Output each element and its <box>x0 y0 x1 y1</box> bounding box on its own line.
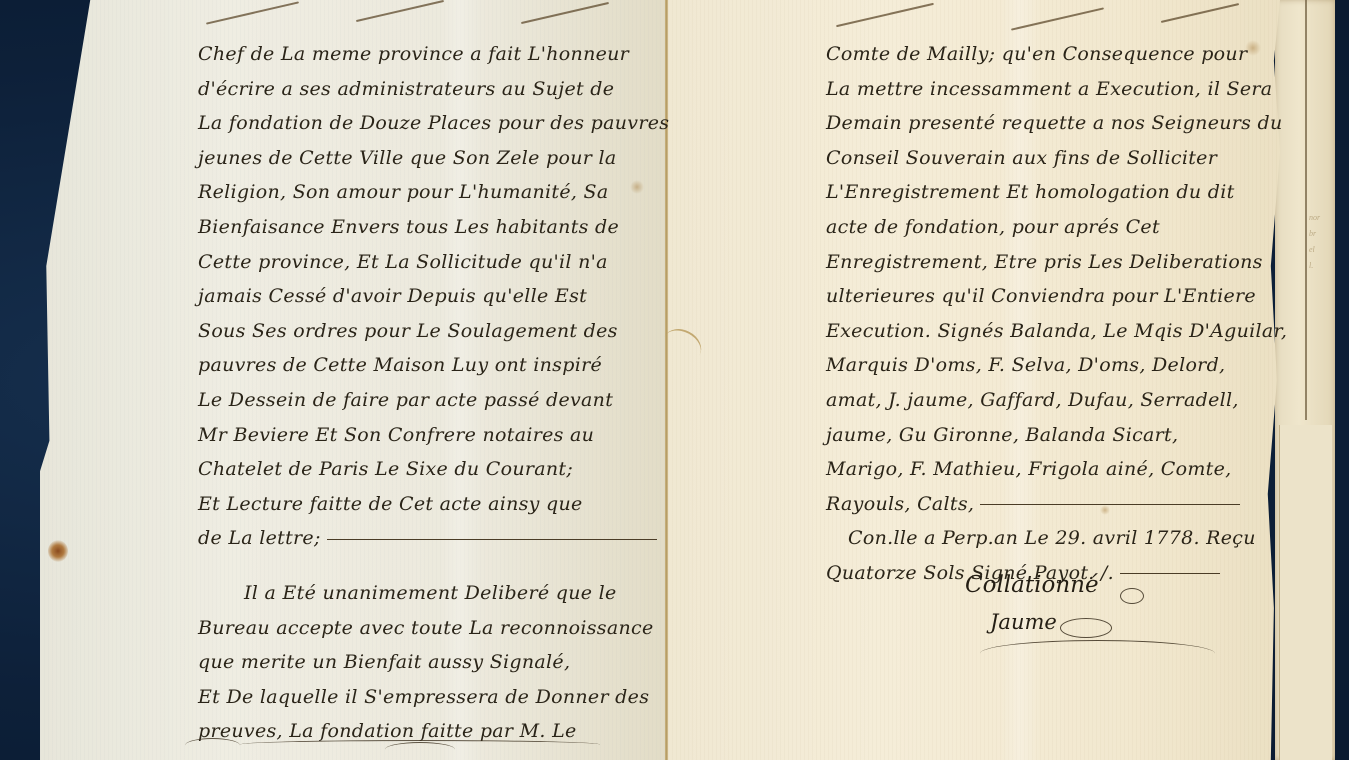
manuscript-line: Sous Ses ordres pour Le Soulagement des <box>198 314 658 349</box>
manuscript-line: Chef de La meme province a fait L'honneu… <box>198 37 658 72</box>
bottom-swash <box>385 742 455 757</box>
manuscript-line: Bienfaisance Envers tous Les habitants d… <box>198 210 658 245</box>
manuscript-line: acte de fondation, pour aprés Cet <box>826 210 1266 245</box>
manuscript-line: jamais Cessé d'avoir Depuis qu'elle Est <box>198 279 658 314</box>
manuscript-line: Chatelet de Paris Le Sixe du Courant; <box>198 452 658 487</box>
manuscript-line: Execution. Signés Balanda, Le Mqis D'Agu… <box>826 314 1266 349</box>
signature-underline-swash <box>980 640 1215 667</box>
manuscript-line: Rayouls, Calts, <box>826 493 974 515</box>
manuscript-line: Il a Eté unanimement Deliberé que le <box>198 576 658 611</box>
manuscript-line: La mettre incessamment a Execution, il S… <box>826 72 1266 107</box>
manuscript-line: Demain presenté requette a nos Seigneurs… <box>826 106 1266 141</box>
bottom-swash <box>185 738 240 753</box>
manuscript-line: ulterieures qu'il Conviendra pour L'Enti… <box>826 279 1266 314</box>
line-filler-rule <box>1120 573 1220 574</box>
signature-paraph <box>1060 618 1112 638</box>
manuscript-line: Marquis D'oms, F. Selva, D'oms, Delord, <box>826 348 1266 383</box>
ink-stain <box>48 540 68 562</box>
manuscript-line: d'écrire a ses administrateurs au Sujet … <box>198 72 658 107</box>
manuscript-line: Mr Beviere Et Son Confrere notaires au <box>198 418 658 453</box>
line-filler-rule <box>327 539 657 540</box>
under-sheet-crease <box>1305 0 1307 420</box>
signature-flourish <box>1120 588 1144 604</box>
underlying-sheet: nor br el l. <box>1275 0 1335 760</box>
manuscript-line: Con.lle a Perp.an Le 29. avril 1778. Reç… <box>826 521 1266 556</box>
manuscript-line: Comte de Mailly; qu'en Consequence pour <box>826 37 1266 72</box>
manuscript-line: Cette province, Et La Sollicitude qu'il … <box>198 245 658 280</box>
signatory-name: Jaume <box>990 610 1057 634</box>
manuscript-line: L'Enregistrement Et homologation du dit <box>826 175 1266 210</box>
right-page-text: Comte de Mailly; qu'en Consequence pour … <box>826 37 1266 591</box>
line-filler-rule <box>980 504 1240 505</box>
manuscript-line: jaume, Gu Gironne, Balanda Sicart, <box>826 418 1266 453</box>
manuscript-line: Et Lecture faitte de Cet acte ainsy que <box>198 487 658 522</box>
under-sheet-tab <box>1279 425 1332 760</box>
manuscript-line: Religion, Son amour pour L'humanité, Sa <box>198 175 658 210</box>
manuscript-line: jeunes de Cette Ville que Son Zele pour … <box>198 141 658 176</box>
manuscript-line: pauvres de Cette Maison Luy ont inspiré <box>198 348 658 383</box>
manuscript-line: Marigo, F. Mathieu, Frigola ainé, Comte, <box>826 452 1266 487</box>
manuscript-line: Conseil Souverain aux fins de Solliciter <box>826 141 1266 176</box>
paragraph-gap <box>198 556 658 576</box>
manuscript-line: amat, J. jaume, Gaffard, Dufau, Serradel… <box>826 383 1266 418</box>
manuscript-line: de La lettre; <box>198 527 321 549</box>
manuscript-line: Et De laquelle il S'empressera de Donner… <box>198 680 658 715</box>
manuscript-line-with-rule: Rayouls, Calts, <box>826 487 1266 522</box>
manuscript-line: Bureau accepte avec toute La reconnoissa… <box>198 611 658 646</box>
manuscript-line: Enregistrement, Etre pris Les Deliberati… <box>826 245 1266 280</box>
left-page-text: Chef de La meme province a fait L'honneu… <box>198 37 658 749</box>
manuscript-line: Le Dessein de faire par acte passé devan… <box>198 383 658 418</box>
manuscript-line-with-rule: de La lettre; <box>198 521 658 556</box>
manuscript-line: La fondation de Douze Places pour des pa… <box>198 106 658 141</box>
manuscript-line: que merite un Bienfait aussy Signalé, <box>198 645 658 680</box>
under-sheet-faint-text: nor br el l. <box>1309 210 1333 274</box>
collationne-label: Collationné <box>965 572 1099 598</box>
